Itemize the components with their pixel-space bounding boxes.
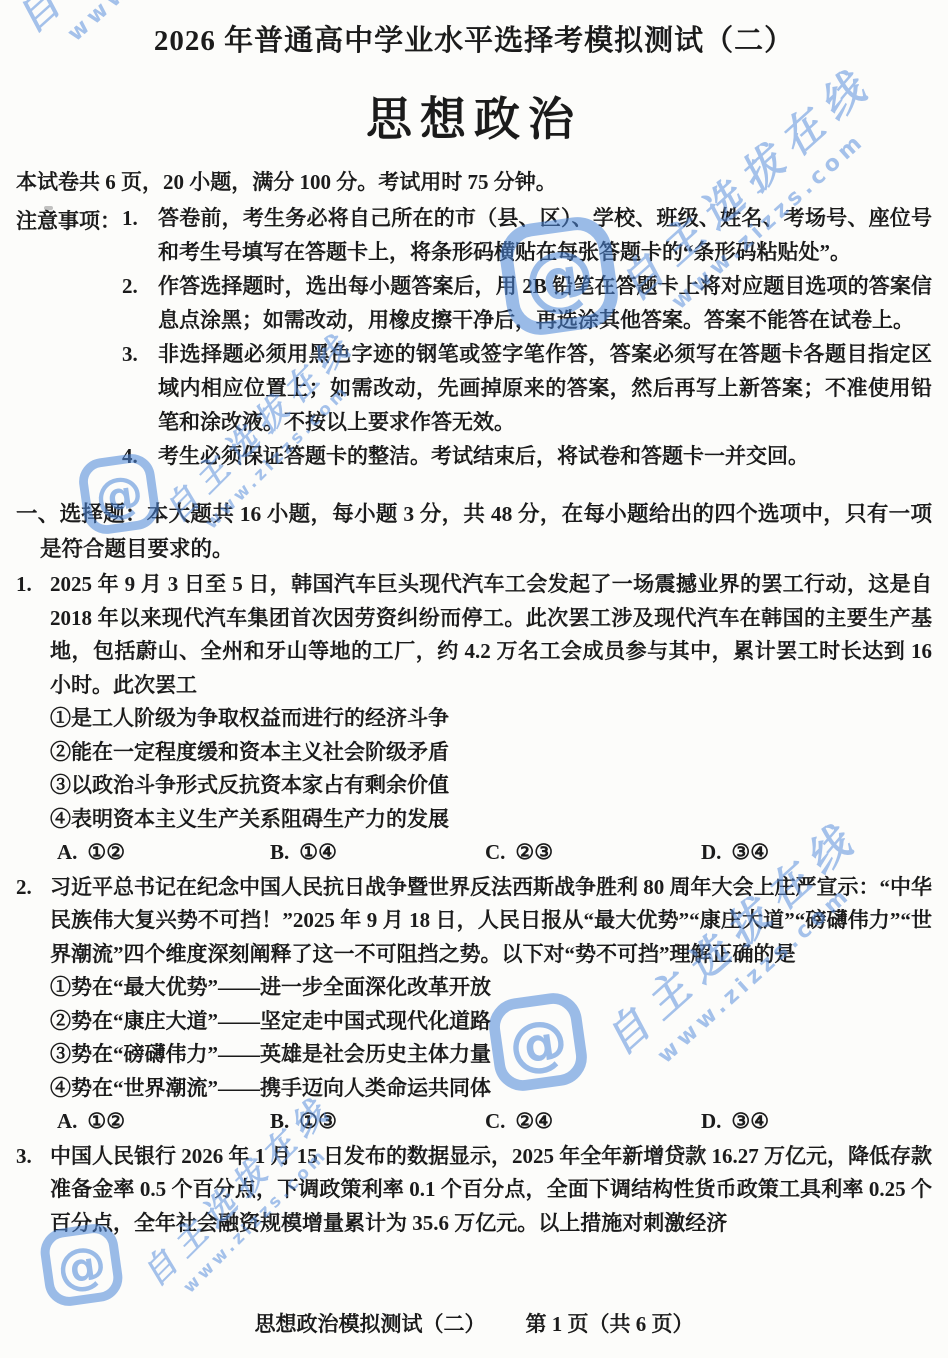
notice-item-number: 3. — [122, 337, 158, 439]
choice-B: B.①③ — [270, 1105, 485, 1139]
statement-2: ②能在一定程度缓和资本主义社会阶级矛盾 — [50, 736, 932, 770]
notice-item-text: 作答选择题时，选出每小题答案后，用 2B 铅笔在答题卡上将对应题目选项的答案信息… — [158, 269, 932, 337]
choice-C: C.②④ — [485, 1105, 701, 1139]
statement-1: ①势在“最大优势”——进一步全面深化改革开放 — [50, 971, 932, 1005]
page-content: 2026 年普通高中学业水平选择考模拟测试（二） 思想政治 本试卷共 6 页，2… — [0, 0, 948, 1358]
choice-value: ②④ — [515, 1109, 553, 1133]
choice-A: A.①② — [57, 1105, 270, 1139]
choices-row: A.①② B.①④ C.②③ D.③④ — [50, 836, 932, 870]
question-stem: 习近平总书记在纪念中国人民抗日战争暨世界反法西斯战争胜利 80 周年大会上庄严宣… — [50, 871, 932, 972]
question-number: 2. — [16, 871, 50, 1139]
statement-1: ①是工人阶级为争取权益而进行的经济斗争 — [50, 702, 932, 736]
question-body: 习近平总书记在纪念中国人民抗日战争暨世界反法西斯战争胜利 80 周年大会上庄严宣… — [50, 871, 932, 1139]
choice-value: ①② — [87, 1109, 125, 1133]
notice-item-text: 非选择题必须用黑色字迹的钢笔或签字笔作答，答案必须写在答题卡各题目指定区域内相应… — [158, 337, 932, 439]
choice-label: C. — [485, 840, 505, 864]
choice-D: D.③④ — [701, 1105, 932, 1139]
exam-info-line: 本试卷共 6 页，20 小题，满分 100 分。考试用时 75 分钟。 — [16, 167, 932, 197]
statement-3: ③势在“磅礴伟力”——英雄是社会历史主体力量 — [50, 1038, 932, 1072]
choice-B: B.①④ — [270, 836, 485, 870]
notice-label: 注意事项： — [16, 205, 121, 235]
statement-3: ③以政治斗争形式反抗资本家占有剩余价值 — [50, 769, 932, 803]
question-number: 3. — [16, 1140, 50, 1241]
choice-label: D. — [701, 1109, 721, 1133]
notice-item-number: 2. — [122, 269, 158, 337]
footer-page-number: 第 1 页（共 6 页） — [526, 1308, 694, 1338]
question-2: 2. 习近平总书记在纪念中国人民抗日战争暨世界反法西斯战争胜利 80 周年大会上… — [16, 871, 932, 1139]
question-stem: 2025 年 9 月 3 日至 5 日，韩国汽车巨头现代汽车工会发起了一场震撼业… — [50, 568, 932, 702]
subject-title: 思想政治 — [16, 83, 932, 149]
question-body: 中国人民银行 2026 年 1 月 15 日发布的数据显示，2025 年全年新增… — [50, 1140, 932, 1241]
choice-label: A. — [57, 840, 77, 864]
choices-row: A.①② B.①③ C.②④ D.③④ — [50, 1105, 932, 1139]
notice-section: 注意事项： 1. 答卷前，考生务必将自己所在的市（县、区）、学校、班级、姓名、考… — [16, 201, 932, 473]
choice-D: D.③④ — [701, 836, 932, 870]
notice-item-3: 3. 非选择题必须用黑色字迹的钢笔或签字笔作答，答案必须写在答题卡各题目指定区域… — [122, 337, 932, 439]
notice-item-1: 1. 答卷前，考生务必将自己所在的市（县、区）、学校、班级、姓名、考场号、座位号… — [122, 201, 932, 269]
exam-title: 2026 年普通高中学业水平选择考模拟测试（二） — [16, 18, 932, 59]
choice-label: B. — [270, 840, 289, 864]
question-body: 2025 年 9 月 3 日至 5 日，韩国汽车巨头现代汽车工会发起了一场震撼业… — [50, 568, 932, 870]
statement-4: ④势在“世界潮流”——携手迈向人类命运共同体 — [50, 1072, 932, 1106]
choice-value: ③④ — [731, 1109, 769, 1133]
statement-4: ④表明资本主义生产关系阻碍生产力的发展 — [50, 803, 932, 837]
notice-item-text: 答卷前，考生务必将自己所在的市（县、区）、学校、班级、姓名、考场号、座位号和考生… — [158, 201, 932, 269]
notice-item-text: 考生必须保证答题卡的整洁。考试结束后，将试卷和答题卡一并交回。 — [158, 439, 932, 473]
question-number: 1. — [16, 568, 50, 870]
question-3: 3. 中国人民银行 2026 年 1 月 15 日发布的数据显示，2025 年全… — [16, 1140, 932, 1241]
notice-item-2: 2. 作答选择题时，选出每小题答案后，用 2B 铅笔在答题卡上将对应题目选项的答… — [122, 269, 932, 337]
choice-label: A. — [57, 1109, 77, 1133]
notice-item-number: 4. — [122, 439, 158, 473]
choice-value: ①③ — [299, 1109, 337, 1133]
choice-value: ①④ — [299, 840, 337, 864]
exam-paper-page: @ 自主选拔在线 www.zizzs.com 自主选拔在线 www.zizzs.… — [0, 0, 948, 1358]
notice-item-number: 1. — [122, 201, 158, 269]
choice-label: B. — [270, 1109, 289, 1133]
section-heading: 一、选择题：本大题共 16 小题，每小题 3 分，共 48 分，在每小题给出的四… — [40, 497, 932, 567]
choice-value: ①② — [87, 840, 125, 864]
question-stem: 中国人民银行 2026 年 1 月 15 日发布的数据显示，2025 年全年新增… — [50, 1140, 932, 1241]
choice-A: A.①② — [57, 836, 270, 870]
choice-C: C.②③ — [485, 836, 701, 870]
choice-label: D. — [701, 840, 721, 864]
notice-item-4: 4. 考生必须保证答题卡的整洁。考试结束后，将试卷和答题卡一并交回。 — [122, 439, 932, 473]
question-1: 1. 2025 年 9 月 3 日至 5 日，韩国汽车巨头现代汽车工会发起了一场… — [16, 568, 932, 870]
choice-value: ③④ — [731, 840, 769, 864]
footer-test-name: 思想政治模拟测试（二） — [255, 1308, 486, 1338]
choice-label: C. — [485, 1109, 505, 1133]
choice-value: ②③ — [515, 840, 553, 864]
statement-2: ②势在“康庄大道”——坚定走中国式现代化道路 — [50, 1005, 932, 1039]
page-footer: 思想政治模拟测试（二） 第 1 页（共 6 页） — [0, 1308, 948, 1338]
